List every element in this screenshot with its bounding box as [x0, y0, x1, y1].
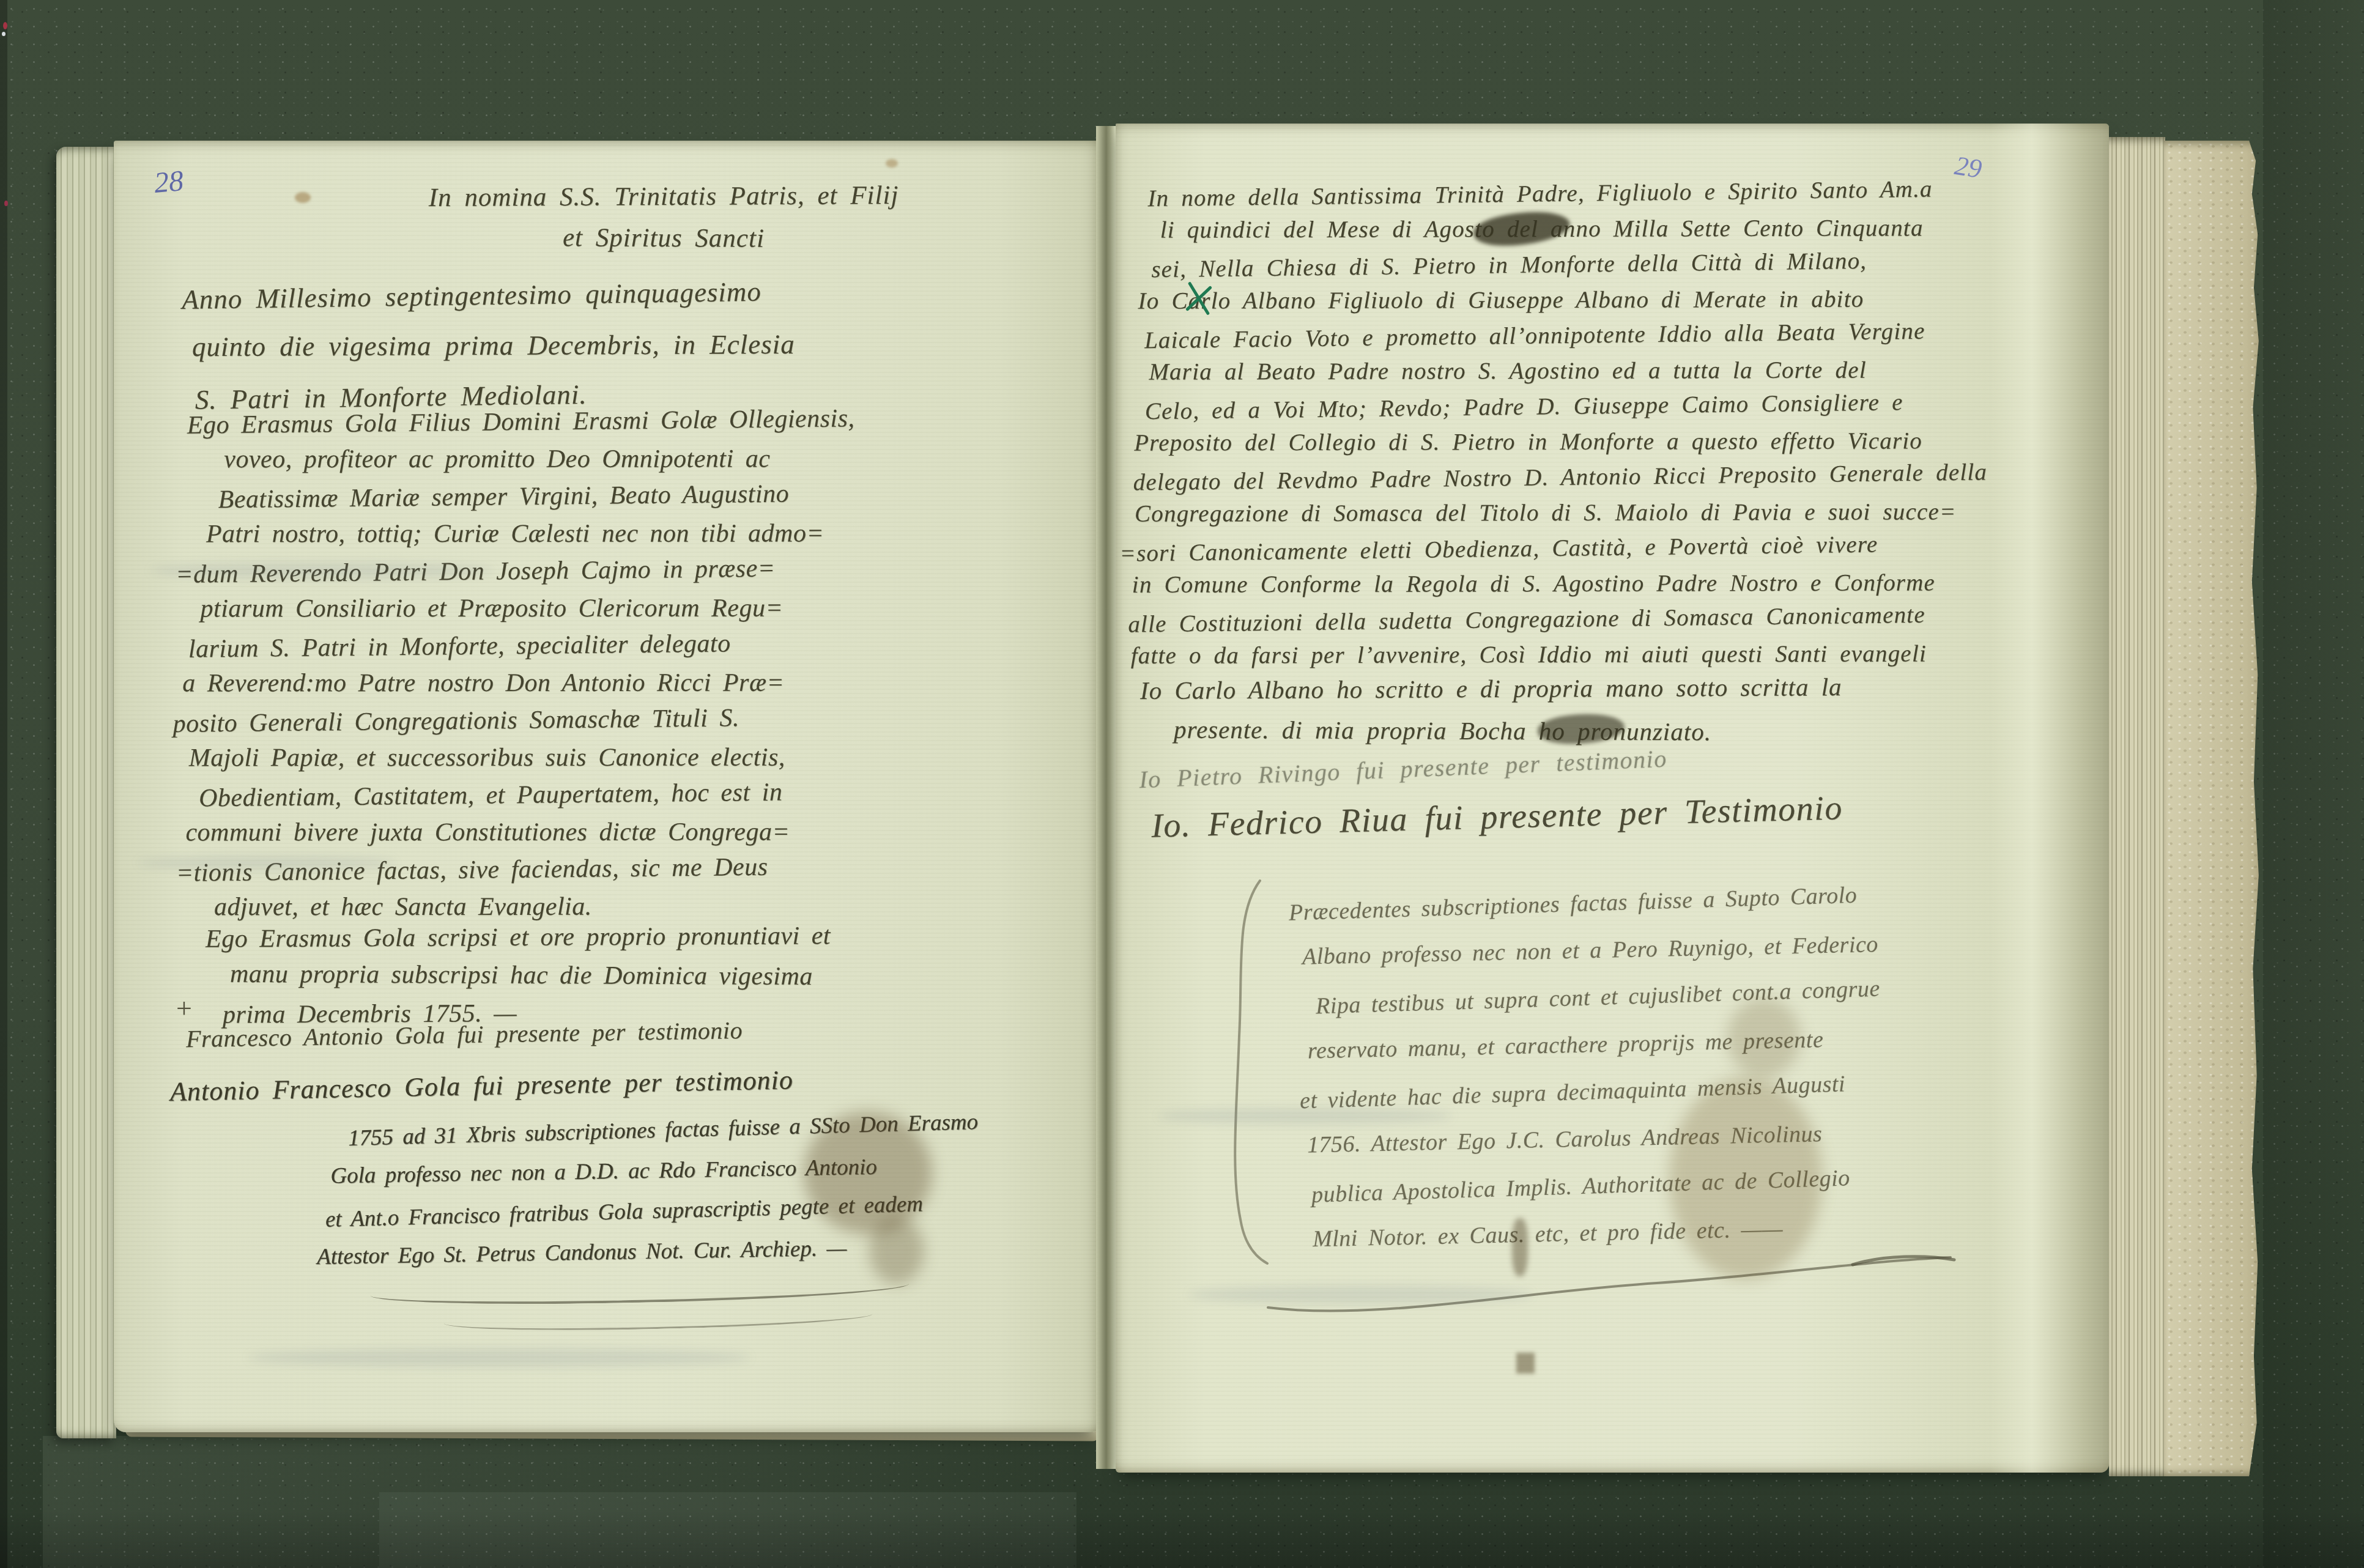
manuscript-line: Io Carlo Albano ho scritto e di propria …	[1140, 666, 1842, 712]
bottom-vignette	[0, 1511, 2364, 1568]
deckle-edge-parchment	[2164, 141, 2261, 1476]
manuscript-line: li quindici del Mese di Agosto del anno …	[1160, 210, 1986, 248]
manuscript-line: Celo, ed a Voi Mto; Revdo; Padre D. Gius…	[1144, 384, 1987, 430]
show-through-ghost	[1158, 1108, 1452, 1124]
pen-flourish	[444, 1303, 873, 1334]
paper-stain	[1669, 1078, 1822, 1279]
manuscript-line: quinto die vigesima prima Decembris, in …	[192, 319, 795, 372]
manuscript-line: Laicale Facio Voto e prometto all’onnipo…	[1144, 313, 1987, 359]
foxing-spot	[295, 192, 311, 203]
manuscript-line: Obedientiam, Castitatem, et Paupertatem,…	[199, 773, 857, 817]
manuscript-line: In nomina S.S. Trinitatis Patris, et Fil…	[230, 174, 1097, 220]
show-through-ghost	[138, 856, 395, 870]
scan-edge-fleck	[2, 32, 6, 36]
right-witness-large: Io. Fedrico Riua fui presente per Testim…	[1151, 790, 1843, 844]
pen-flourish	[371, 1272, 910, 1307]
manuscript-line: alle Costituzioni della sudetta Congrega…	[1128, 596, 1988, 642]
manuscript-line: sei, Nella Chiesa di S. Pietro in Monfor…	[1151, 242, 1986, 288]
ink-streak	[1512, 1218, 1528, 1276]
margin-cross-mark: +	[176, 992, 192, 1024]
manuscript-line: presente. di mia propria Bocha ho pronun…	[1174, 709, 1842, 754]
manuscript-line: ptiarum Consiliario et Præposito Clerico…	[200, 590, 856, 627]
fore-edge-page-stack	[2109, 137, 2165, 1476]
show-through-ghost	[150, 563, 493, 579]
manuscript-line: posito Generali Congregationis Somaschæ …	[172, 698, 856, 743]
manuscript-line: Io. Fedrico Riua fui presente per Testim…	[1151, 788, 1843, 846]
manuscript-line: In nome della Santissima Trinità Padre, …	[1147, 171, 1985, 217]
manuscript-line: Majoli Papiæ, et successoribus suis Cano…	[189, 739, 857, 777]
manuscript-line: Io Carlo Albano Figliuolo di Giuseppe Al…	[1138, 281, 1987, 319]
left-witness-line-1: Francesco Antonio Gola fui presente per …	[186, 1017, 743, 1052]
manuscript-line: Maria al Beato Padre nostro S. Agostino …	[1149, 352, 1987, 390]
foxing-spot	[886, 159, 898, 168]
manuscript-line: Congregazione di Somasca del Titolo di S…	[1135, 494, 1988, 532]
left-date-paragraph: Anno Millesimo septingentesimo quinquage…	[182, 268, 796, 424]
green-cross-mark	[1180, 279, 1217, 318]
manuscript-line: Patri nostro, tottiq; Curiæ Cælesti nec …	[206, 515, 856, 553]
right-subscription-paragraph: Io Carlo Albano ho scritto e di propria …	[1140, 668, 1842, 752]
manuscript-line: =sori Canonicamente eletti Obedienza, Ca…	[1119, 525, 1988, 571]
ink-stain	[869, 1217, 924, 1284]
manuscript-line: Ego Erasmus Gola scripsi et ore proprio …	[206, 917, 831, 958]
manuscript-line: communi bivere juxta Constitutiones dict…	[185, 814, 857, 852]
right-vignette	[2263, 0, 2364, 1568]
manuscript-line: Preposito del Collegio di S. Pietro in M…	[1134, 423, 1987, 461]
left-vow-paragraph: Ego Erasmus Gola Filius Domini Erasmi Go…	[187, 402, 858, 928]
right-vow-paragraph: In nome della Santissima Trinità Padre, …	[1132, 173, 1988, 676]
manuscript-line: Ego Erasmus Gola Filius Domini Erasmi Go…	[187, 400, 855, 444]
manuscript-line: manu propria subscripsi hac die Dominica…	[230, 955, 831, 996]
left-witness-line-2: Antonio Francesco Gola fui presente per …	[170, 1066, 794, 1106]
right-witness-faint: Io Pietro Rivingo fui presente per testi…	[1138, 745, 1667, 793]
book-gutter	[1096, 126, 1116, 1469]
left-page: 28 In nomina S.S. Trinitatis Patris, et …	[114, 141, 1097, 1432]
left-page-edge-stack	[56, 147, 116, 1438]
manuscript-line: Anno Millesimo septingentesimo quinquage…	[182, 266, 795, 325]
manuscript-line: in Comune Conforme la Regola di S. Agost…	[1132, 565, 1988, 603]
scan-edge-fleck	[3, 22, 7, 29]
manuscript-line: larium S. Patri in Monforte, specialiter…	[188, 624, 856, 668]
manuscript-line: delegato del Revdmo Padre Nostro D. Anto…	[1133, 454, 1987, 500]
scan-edge-fleck	[4, 201, 8, 206]
notary-brace-flourish	[1225, 877, 1273, 1268]
manuscript-line: a Reverend:mo Patre nostro Don Antonio R…	[182, 665, 856, 703]
left-heading: In nomina S.S. Trinitatis Patris, et Fil…	[114, 176, 1097, 259]
scan-edge-strip	[0, 0, 7, 1568]
show-through-ghost	[1189, 1285, 1532, 1304]
manuscript-line: Beatissimæ Mariæ semper Virgini, Beato A…	[218, 475, 855, 519]
manuscript-line: =tionis Canonice factas, sive faciendas,…	[176, 848, 857, 892]
manuscript-line: Antonio Francesco Gola fui presente per …	[170, 1064, 794, 1108]
ink-spot	[1516, 1353, 1535, 1374]
page-curvature-shading	[1990, 124, 2109, 1473]
manuscript-line: et Spiritus Sancti	[230, 216, 1097, 261]
right-page: 29 In nome della Santissima Trinità Padr…	[1116, 124, 2109, 1473]
manuscript-scan: 28 In nomina S.S. Trinitatis Patris, et …	[0, 0, 2364, 1568]
ink-stain	[804, 1112, 932, 1234]
show-through-ghost	[248, 1348, 750, 1367]
paper-stain	[1727, 998, 1801, 1078]
manuscript-line: voveo, profiteor ac promitto Deo Omnipot…	[224, 440, 855, 478]
